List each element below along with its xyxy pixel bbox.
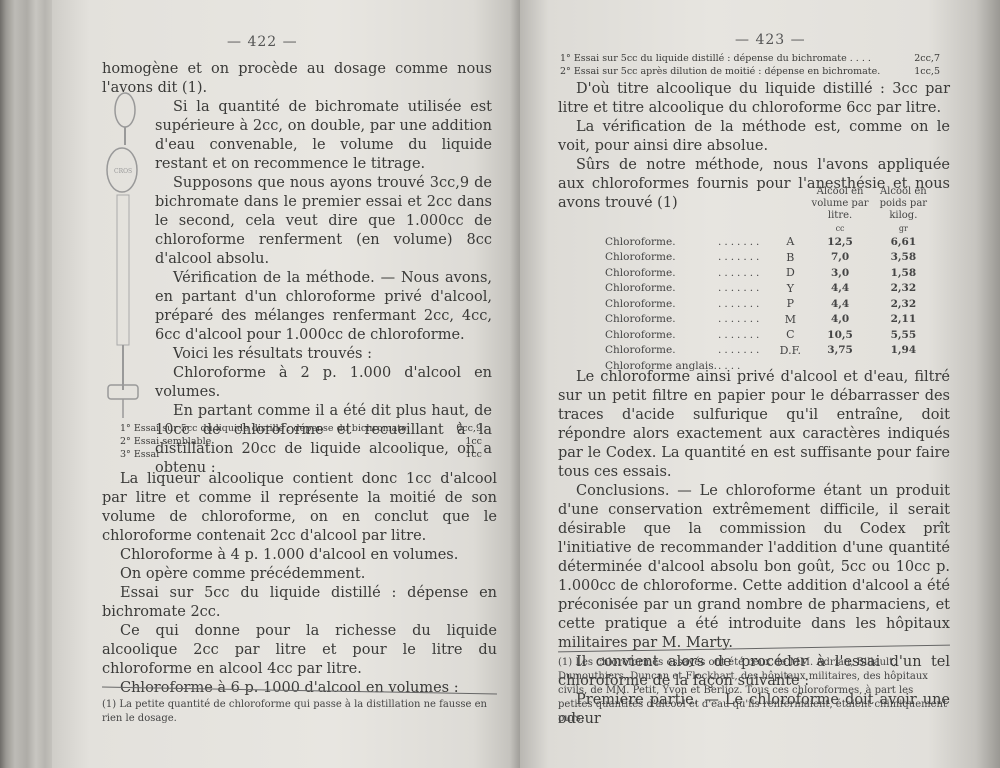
paragraph: Ce qui donne pour la richesse du liquide… [102, 622, 497, 679]
table-row: Chloroforme........ M 4,0 2,11 [605, 312, 935, 328]
table-row: Chloroforme........ D 3,0 1,58 [605, 265, 935, 281]
left-essais-list: 1° Essai sur 5cc du liquide distillé : d… [120, 422, 482, 461]
distillation-apparatus-illustration: CROS [100, 90, 150, 420]
right-essais-list: 1° Essai sur 5cc du liquide distillé : d… [560, 52, 940, 78]
left-text-bottom: La liqueur alcoolique contient donc 1cc … [102, 470, 497, 698]
paragraph: La liqueur alcoolique contient donc 1cc … [102, 470, 497, 546]
svg-text:CROS: CROS [114, 168, 132, 175]
right-page: — 423 — 1° Essai sur 5cc du liquide dist… [520, 0, 1000, 768]
footnote: (1) Les chloroformes essayés ont été ceu… [558, 656, 950, 726]
left-page: — 422 — CROS homogène et on procède au d… [52, 0, 520, 768]
chloroform-results-table: Alcool en volume par litre. Alcool en po… [605, 186, 935, 374]
left-text-top: homogène et on procède au dosage comme n… [102, 60, 492, 98]
table-row: Chloroforme........ B 7,0 3,58 [605, 250, 935, 266]
paragraph: Supposons que nous ayons trouvé 3cc,9 de… [155, 174, 492, 269]
book-edge [0, 0, 60, 768]
page-number: — 422 — [227, 34, 298, 50]
paragraph: On opère comme précédemment. [102, 565, 497, 584]
units-row: cc gr [605, 222, 935, 234]
essai-row: 3° Essai 1cc [120, 448, 482, 461]
essai-row: 1° Essai sur 5cc du liquide distillé : d… [120, 422, 482, 435]
table-header: Alcool en volume par litre. Alcool en po… [605, 186, 935, 222]
paragraph: D'où titre alcoolique du liquide distill… [558, 80, 950, 118]
essai-row: 2° Essai semblable 1cc [120, 435, 482, 448]
left-text-column: Si la quantité de bichromate utilisée es… [155, 98, 492, 478]
column-header: Alcool en poids par kilog. [872, 186, 935, 222]
paragraph: Le chloroforme ainsi privé d'alcool et d… [558, 368, 950, 482]
footnote: (1) La petite quantité de chloroforme qu… [102, 698, 497, 726]
paragraph: Si la quantité de bichromate utilisée es… [155, 98, 492, 174]
table-row: Chloroforme........ D.F. 3,75 1,94 [605, 343, 935, 359]
paragraph: homogène et on procède au dosage comme n… [102, 60, 492, 98]
table-row: Chloroforme........ C 10,5 5,55 [605, 327, 935, 343]
paragraph: La vérification de la méthode est, comme… [558, 118, 950, 156]
paragraph: Voici les résultats trouvés : [155, 345, 492, 364]
paragraph: Essai sur 5cc du liquide distillé : dépe… [102, 584, 497, 622]
paragraph: Chloroforme à 4 p. 1.000 d'alcool en vol… [102, 546, 497, 565]
column-header: Alcool en volume par litre. [808, 186, 871, 222]
table-row: Chloroforme........ P 4,4 2,32 [605, 296, 935, 312]
paragraph: Chloroforme à 2 p. 1.000 d'alcool en vol… [155, 364, 492, 402]
essai-row: 2° Essai sur 5cc après dilution de moiti… [560, 65, 940, 78]
table-row: Chloroforme........ A 12,5 6,61 [605, 234, 935, 250]
page-number: — 423 — [735, 32, 806, 48]
paragraph: Vérification de la méthode. — Nous avons… [155, 269, 492, 345]
table-row: Chloroforme........ Y 4,4 2,32 [605, 281, 935, 297]
essai-row: 1° Essai sur 5cc du liquide distillé : d… [560, 52, 940, 65]
paragraph: Conclusions. — Le chloroforme étant un p… [558, 482, 950, 653]
